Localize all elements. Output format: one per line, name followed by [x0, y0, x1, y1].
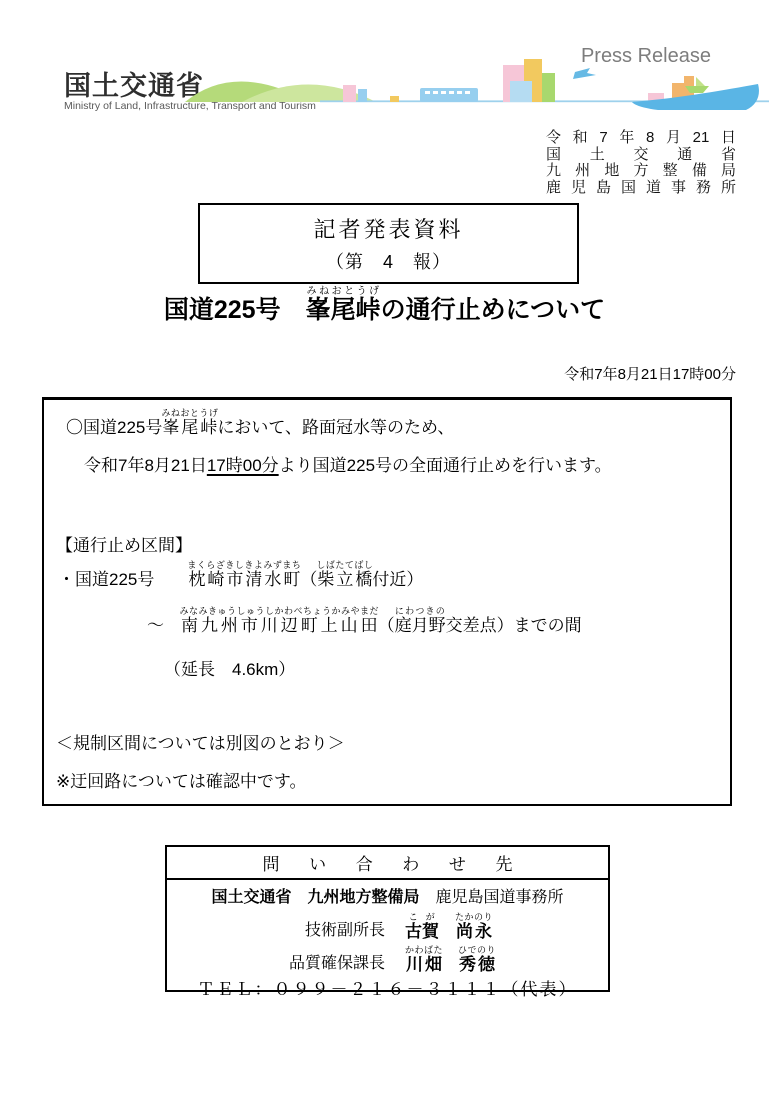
regulation-map-note: ＜規制区間については別図のとおり＞ — [56, 734, 345, 754]
train-icon — [420, 88, 478, 102]
closure-reason-line: 〇国道225号峯尾峠みねおとうげにおいて、路面冠水等のため、 — [66, 408, 454, 438]
document-title: 国道225号 峯尾峠みねおとうげの通行止めについて — [0, 286, 769, 325]
contact-box: 問い合わせ先 国土交通省 九州地方整備局 鹿児島国道事務所 技術副所長 古賀こが… — [165, 845, 610, 992]
contact-person-row: 技術副所長 古賀こが 尚永たかのり — [167, 909, 608, 942]
building-icon — [510, 81, 532, 102]
person2-title: 品質確保課長 — [167, 950, 385, 975]
contact-heading-row: 問い合わせ先 — [167, 847, 608, 880]
closure-to-line: ～ 南九州市川辺町上山田みなみきゅうしゅうしかわべちょうかみやまだ（庭月野にわつ… — [147, 606, 582, 636]
contact-ministry: 国土交通省 — [211, 884, 291, 907]
press-announcement-box: 記者発表資料 （第 4 報） — [198, 203, 579, 284]
release-date: 令和7年8月21日 — [546, 130, 736, 147]
org-office: 鹿児島国道事務所 — [546, 180, 736, 197]
date-org-block: 令和7年8月21日 国土交通省 九州地方整備局 鹿児島国道事務所 — [546, 130, 736, 196]
train-window — [465, 91, 470, 94]
contact-phone: ＴＥＬ：０９９－２１６－３１１１（代表） — [167, 975, 608, 1000]
main-content-box: 〇国道225号峯尾峠みねおとうげにおいて、路面冠水等のため、 令和7年8月21日… — [42, 397, 732, 806]
press-announcement-title: 記者発表資料 — [313, 213, 463, 244]
org-bureau: 九州地方整備局 — [546, 163, 736, 180]
closure-start-line: 令和7年8月21日17時00分より国道225号の全面通行止めを行います。 — [84, 456, 612, 476]
hills-town-sea-illustration — [180, 55, 769, 115]
building-icon — [343, 85, 356, 102]
announcement-timestamp: 令和7年8月21日17時00分 — [564, 363, 736, 384]
contact-org-line: 国土交通省 九州地方整備局 鹿児島国道事務所 — [167, 882, 608, 909]
press-release-page: 国土交通省 Ministry of Land, Infrastructure, … — [0, 0, 769, 1100]
person2-name: 川畑かわばた 秀徳ひでのり — [385, 945, 608, 975]
building-icon — [358, 89, 367, 102]
building-icon — [390, 96, 399, 102]
contact-person-row: 品質確保課長 川畑かわばた 秀徳ひでのり — [167, 942, 608, 975]
person1-title: 技術副所長 — [167, 917, 385, 942]
contact-heading: 問い合わせ先 — [263, 850, 513, 875]
closure-route-line: ・国道225号 枕崎市清水町まくらざきしきよみずまち（柴立橋しばたてばし付近） — [58, 560, 423, 590]
person1-name: 古賀こが 尚永たかのり — [385, 912, 608, 942]
detour-note: ※迂回路については確認中です。 — [56, 772, 307, 792]
boat-sail-icon — [696, 77, 705, 86]
org-ministry: 国土交通省 — [546, 147, 736, 164]
closure-length-line: （延長 4.6km） — [164, 660, 295, 680]
closure-section-heading: 【通行止め区間】 — [56, 536, 192, 556]
train-window — [449, 91, 454, 94]
train-window — [441, 91, 446, 94]
train-window — [457, 91, 462, 94]
contact-office: 鹿児島国道事務所 — [436, 884, 564, 907]
train-window — [433, 91, 438, 94]
contact-bureau: 九州地方整備局 — [307, 884, 419, 907]
airplane-icon — [573, 68, 596, 79]
press-announcement-number: （第 4 報） — [326, 248, 451, 274]
building-icon — [542, 73, 555, 102]
train-window — [425, 91, 430, 94]
